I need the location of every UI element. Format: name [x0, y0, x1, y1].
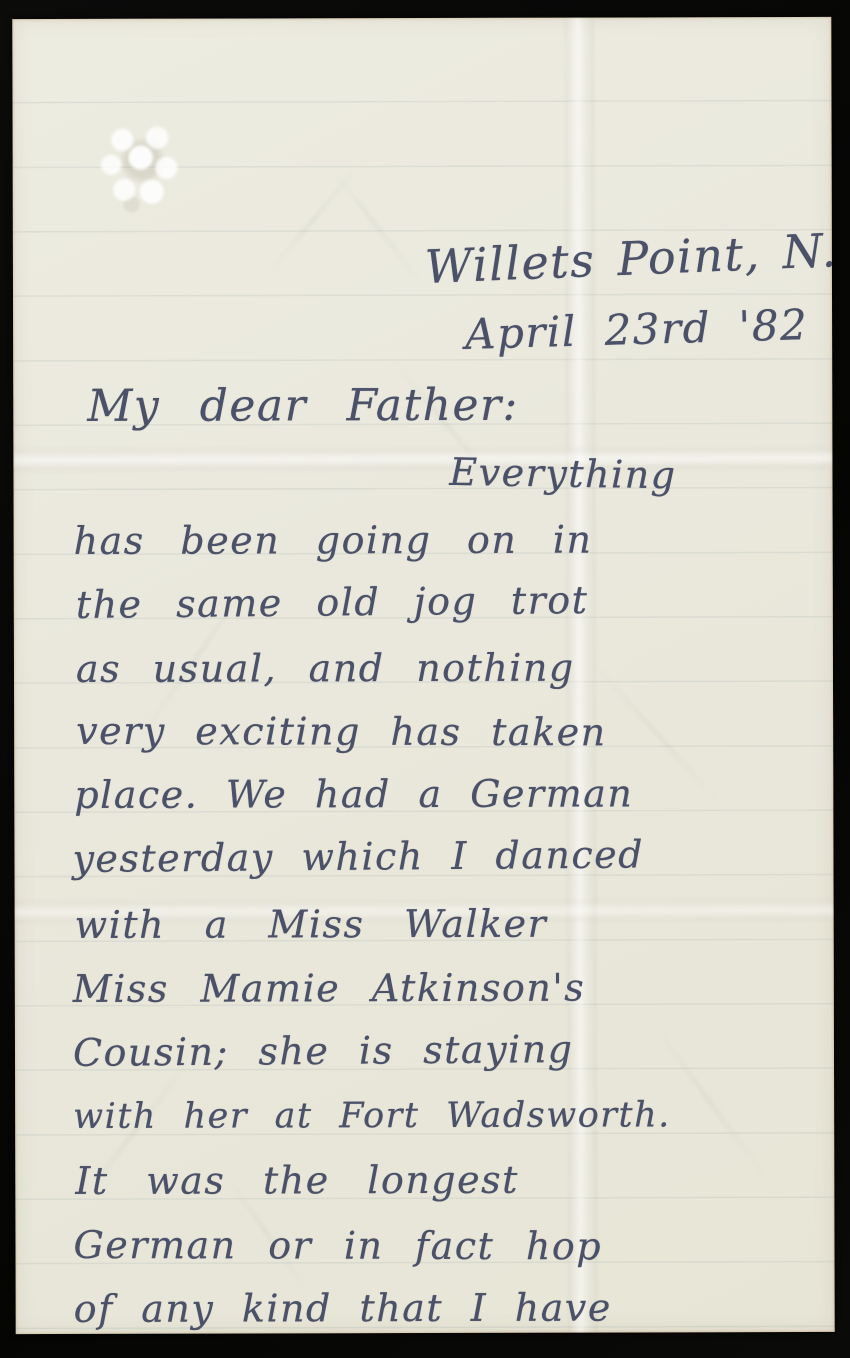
- letter-line: Cousin; she is staying: [73, 1027, 574, 1075]
- letter-paper: Willets Point, N.Y.H. April 23rd '82 My …: [12, 17, 834, 1334]
- letter-date-line: April 23rd '82: [464, 300, 809, 359]
- letter-line: the same old jog trot: [76, 578, 589, 627]
- letter-line: has been going on in: [74, 518, 593, 563]
- embossed-seal: [95, 111, 187, 215]
- letter-line: with her at Fort Wadsworth.: [73, 1095, 671, 1137]
- photo-background: Willets Point, N.Y.H. April 23rd '82 My …: [0, 0, 850, 1358]
- letter-line: as usual, and nothing: [76, 646, 575, 691]
- fold-crease-horizontal-upper: [13, 447, 832, 471]
- letter-line: German or in fact hop: [73, 1223, 602, 1268]
- letter-line: It was the longest: [75, 1158, 519, 1203]
- letter-line: of any kind that I have: [74, 1286, 612, 1331]
- letter-line: very exciting has taken: [76, 709, 607, 754]
- letter-line: Everything: [449, 450, 677, 497]
- letter-line: yesterday which I danced: [72, 832, 644, 880]
- letter-line: Miss Mamie Atkinson's: [73, 966, 586, 1011]
- letter-line: with a Miss Walker: [75, 902, 548, 947]
- letter-line: place. We had a German: [74, 771, 633, 816]
- letter-salutation: My dear Father:: [87, 380, 519, 432]
- letter-place-line: Willets Point, N.Y.H.: [424, 219, 835, 294]
